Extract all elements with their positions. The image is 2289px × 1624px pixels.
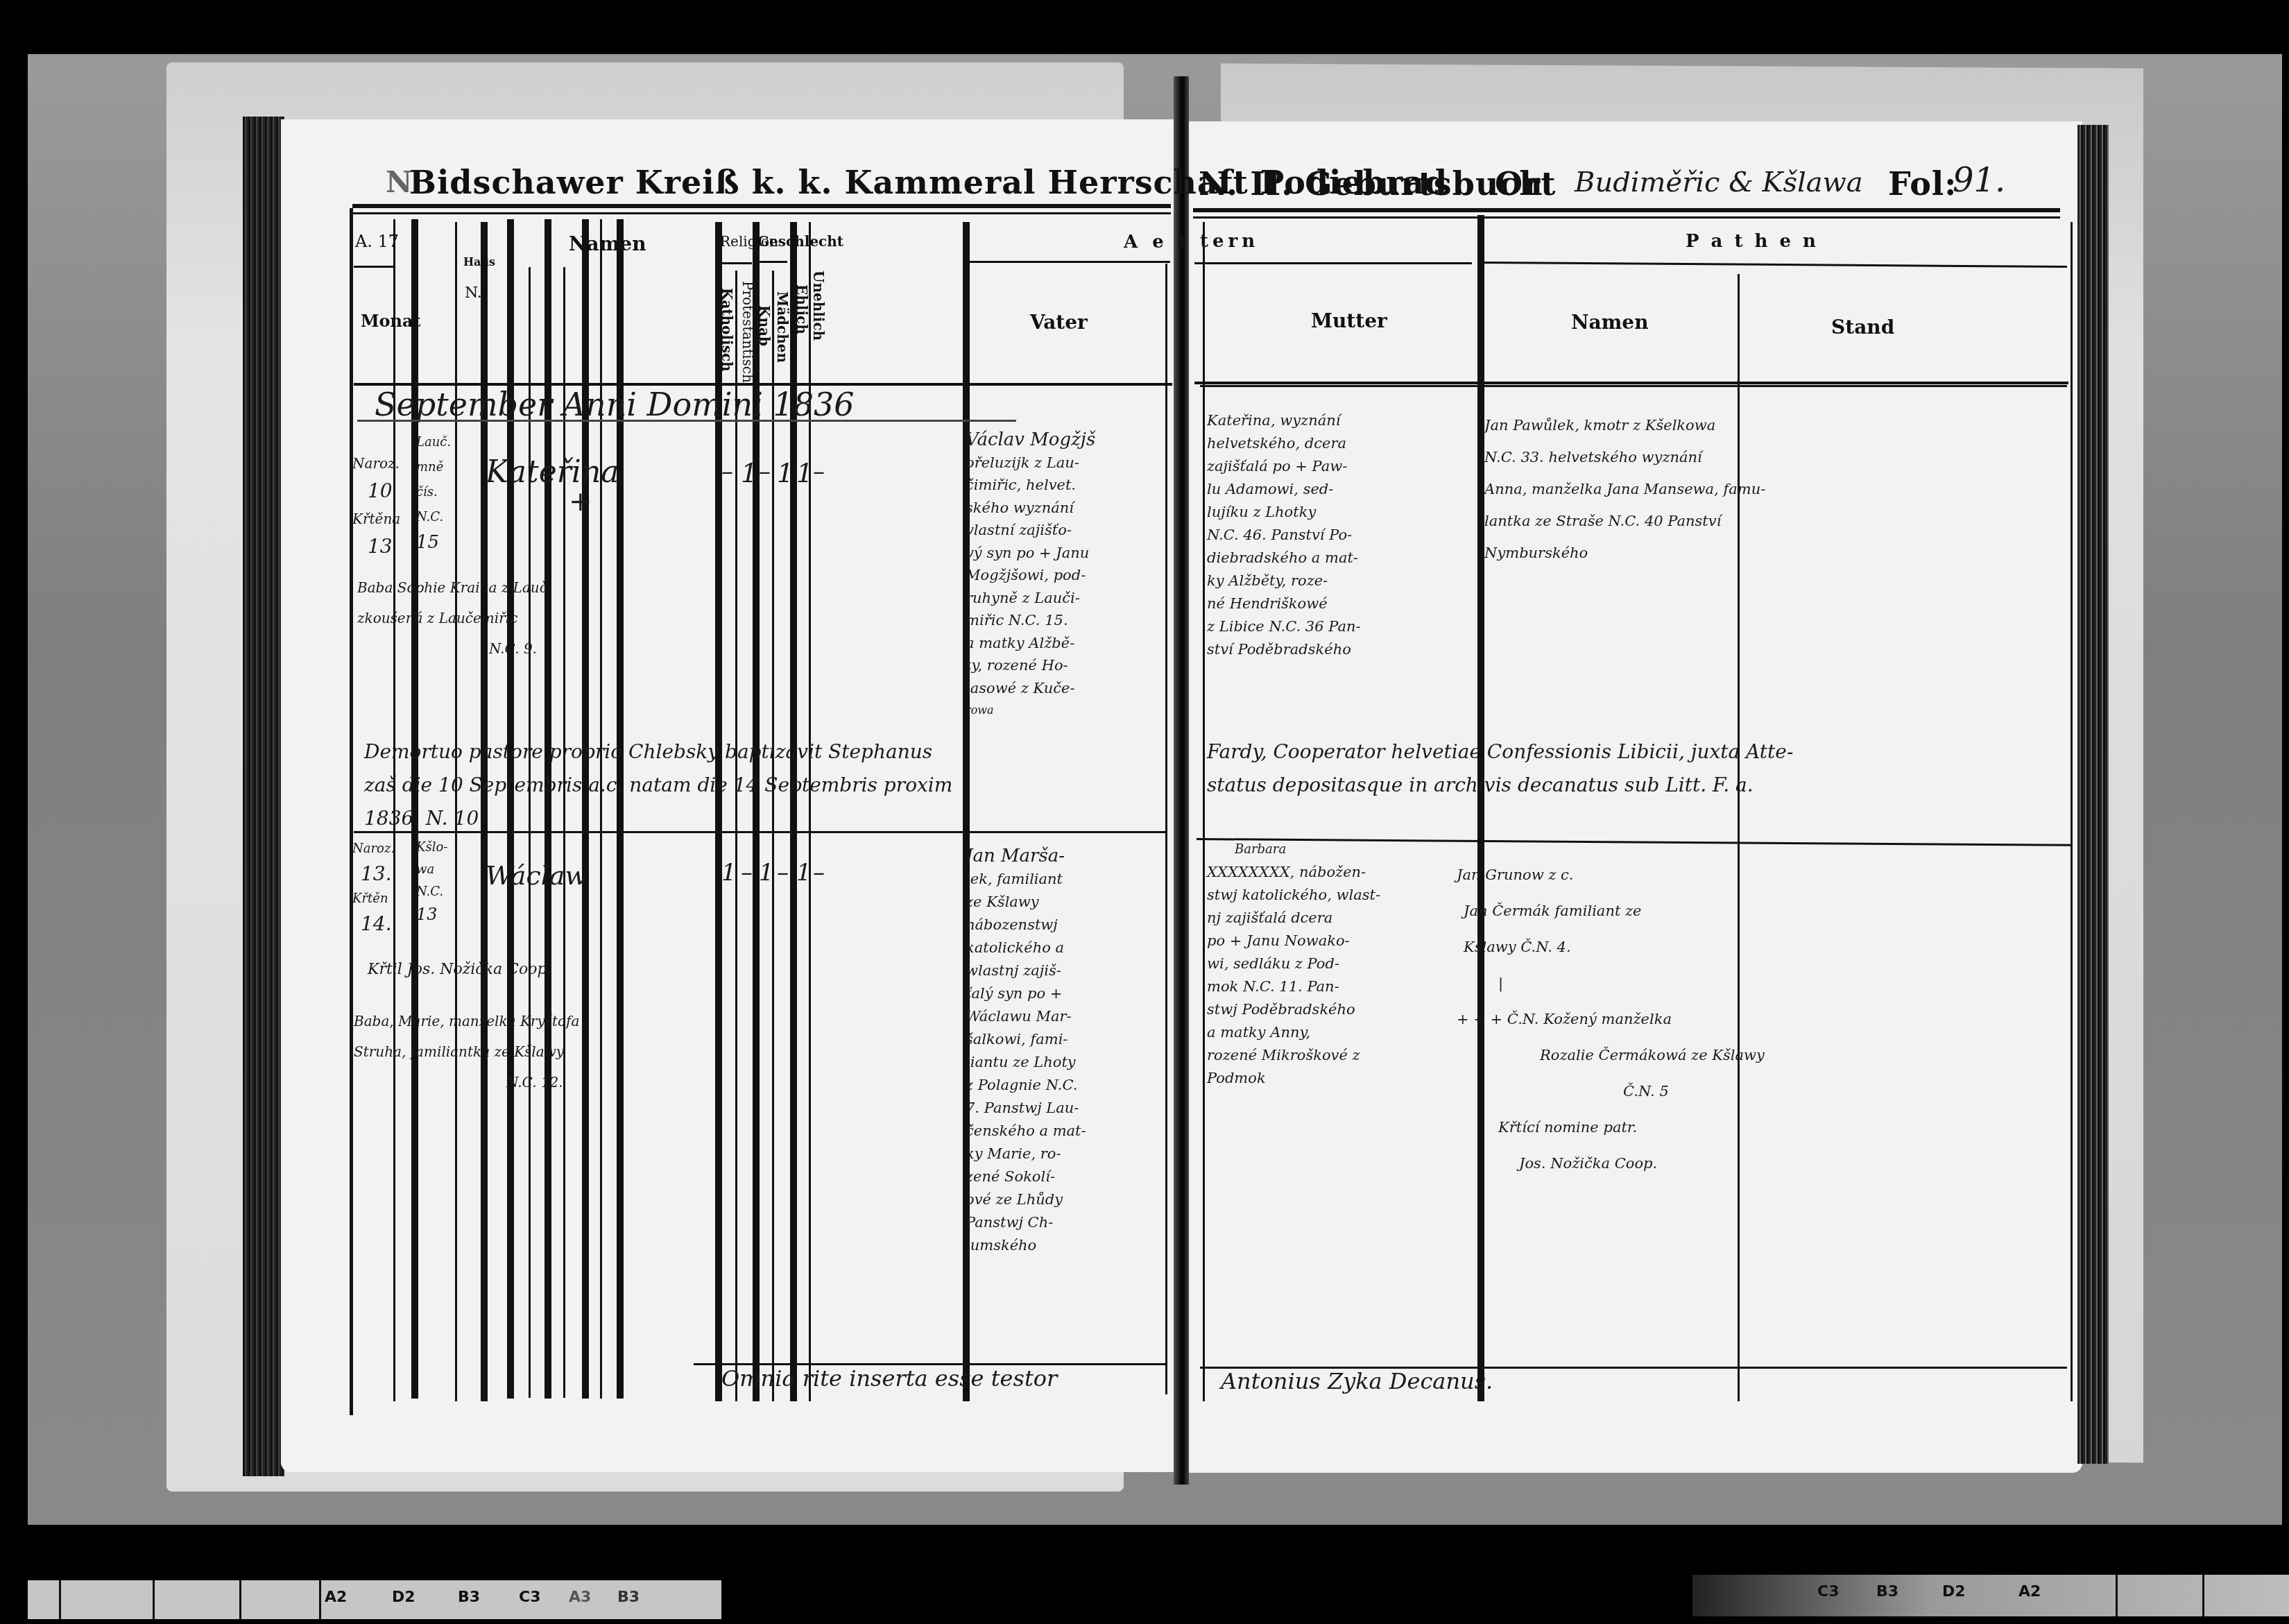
entry2-godparents: Jan Grunow z c. Jan Čermák familiant ze … — [1457, 857, 1765, 1181]
mother-line: né Hendriškowé — [1207, 592, 1361, 615]
birth-label: Naroz. — [352, 837, 395, 862]
father-line: Mogžjšowi, pod- — [966, 564, 1095, 587]
year-label: A. 17 — [355, 232, 399, 251]
header-bottom-rule-right — [1194, 382, 2068, 384]
film-label: D2 — [392, 1589, 415, 1606]
mother-line: XXXXXXXX, nábožen- — [1207, 861, 1380, 884]
father-line: ruhyně z Lauči- — [966, 587, 1095, 610]
midwife-line: zkoušená z Laučemiřic — [357, 603, 551, 633]
col-line-5 — [735, 271, 737, 1401]
film-label-strip-right — [1692, 1575, 2289, 1616]
father-line: nábozenstwj — [966, 914, 1086, 937]
entry1-father: Václav Mogžjš ořeluzijk z Lau- čimiřic, … — [966, 429, 1095, 722]
folio-label: Fol: — [1888, 165, 1957, 203]
religion-catholic-mark: – — [721, 458, 733, 486]
mutter-header: Mutter — [1311, 309, 1387, 332]
birth-day: 13. — [352, 862, 395, 887]
religion-catholic-mark: 1 — [721, 859, 737, 887]
year-underline — [354, 266, 395, 268]
illegitimate-mark: – — [813, 859, 825, 887]
unehlich-header: Unehlich — [810, 271, 827, 341]
father-line: šalkowi, fami- — [966, 1028, 1086, 1051]
note-line: status depositasque in archivis decanatu… — [1207, 769, 1793, 802]
father-line: katolického a — [966, 937, 1086, 959]
father-line: ořeluzijk z Lau- — [966, 452, 1095, 475]
knab-header: Knab — [756, 305, 773, 346]
house-line: N.C. — [416, 881, 447, 903]
madchen-header: Mädchen — [774, 291, 791, 363]
col-line-7 — [772, 271, 774, 1401]
father-line: liantu ze Lhoty — [966, 1051, 1086, 1074]
mother-line: Barbara — [1207, 838, 1380, 861]
father-line: 7. Panstwj Lau- — [966, 1097, 1086, 1120]
mother-line: nj zajišťalá dcera — [1207, 907, 1380, 930]
entry2-mother: Barbara XXXXXXXX, nábožen- stwj katolick… — [1207, 838, 1380, 1090]
sex-girl-mark: – — [777, 859, 789, 887]
katholisch-header: Katholisch — [719, 288, 735, 372]
entry1-latin-note-left: Demortuo pastore proprio Chlebsky baptiz… — [364, 735, 952, 835]
month-heading-underline — [357, 420, 1016, 422]
film-label: B3 — [617, 1589, 640, 1606]
entry1-house: Lauč. mně čís. N.C. 15 — [416, 430, 451, 555]
note-line: zaš die 10 Septembris a.c. natam die 14 … — [364, 769, 952, 802]
godparent-line: | — [1457, 965, 1765, 1001]
entry2-house: Kšlo- wa N.C. 13 — [416, 837, 447, 925]
sex-boy-mark: – — [759, 458, 771, 486]
sex-girl-mark: 1 — [777, 458, 794, 488]
father-line: ťalý syn po + — [966, 982, 1086, 1005]
house-line: Lauč. — [416, 430, 451, 455]
geschlecht-underline — [758, 261, 787, 263]
father-line: Jan Marša- — [966, 845, 1086, 868]
birth-day: 10 — [352, 477, 400, 505]
mother-line: diebradského a mat- — [1207, 547, 1361, 570]
entry1-mother: Kateřina, wyznání helvetského, dcera zaj… — [1207, 409, 1361, 661]
film-tick — [2116, 1575, 2118, 1616]
father-line: lasowé z Kuče- — [966, 677, 1095, 700]
father-line: ze Kšlawy — [966, 891, 1086, 914]
eltern-header-right: tern — [1200, 231, 1259, 252]
father-line: zené Sokolí- — [966, 1165, 1086, 1188]
note-line: Fardy, Cooperator helvetiae Confessionis… — [1207, 735, 1793, 769]
film-tick — [319, 1580, 321, 1619]
religion-protestant-mark: – — [741, 859, 753, 887]
geschlecht-header: Geschlecht — [757, 233, 843, 250]
eltern-header-left: A e l — [1124, 232, 1190, 253]
header-rule-left — [352, 204, 1171, 208]
child-name: Wáclaw — [486, 860, 588, 891]
father-line: čenského a mat- — [966, 1120, 1086, 1143]
certification-signature-left: Omnia rite inserta esse testor — [721, 1365, 1057, 1392]
mother-line: stwj Poděbradského — [1207, 998, 1380, 1021]
folio-value: 91. — [1953, 161, 2005, 200]
house-line: Kšlo- — [416, 837, 447, 859]
godparent-line: Jan Grunow z c. — [1457, 857, 1765, 893]
entry1-latin-note-right: Fardy, Cooperator helvetiae Confessionis… — [1207, 735, 1793, 802]
right-table-border — [2071, 222, 2073, 1401]
baptism-label: Křtěna — [352, 505, 400, 533]
house-number: 15 — [416, 530, 451, 555]
mother-line: Podmok — [1207, 1067, 1380, 1090]
father-line: ky Marie, ro- — [966, 1143, 1086, 1165]
mother-line: a matky Anny, — [1207, 1021, 1380, 1044]
religion-underline — [721, 262, 752, 264]
eltern-underline — [969, 261, 1170, 263]
header-rule-left-thin — [352, 212, 1171, 214]
baptized-by-note: Křtil Jos. Nožička Coop. — [368, 961, 551, 978]
birth-label: Naroz. — [352, 450, 400, 477]
entry2-dates: Naroz. 13. Křtěn 14. — [352, 837, 395, 937]
entry1-dates: Naroz. 10 Křtěna 13 — [352, 450, 400, 561]
entry2-midwife: Baba, Marie, manželka Kryštofa Struha, f… — [354, 1006, 579, 1097]
film-label: C3 — [1817, 1583, 1839, 1600]
godparent-line: Křtící nomine patr. — [1457, 1109, 1765, 1145]
godparent-line: Jan Čermák familiant ze — [1457, 893, 1765, 929]
house-line: wa — [416, 859, 447, 881]
note-line: 1836. N. 10. — [364, 802, 952, 835]
film-tick — [59, 1580, 61, 1619]
father-line: a matky Alžbě- — [966, 632, 1095, 655]
midwife-line: Baba, Marie, manželka Kryštofa — [354, 1006, 579, 1036]
father-line: wlastnj zajiš- — [966, 959, 1086, 982]
film-label: A3 — [569, 1589, 591, 1606]
mother-line: rozené Mikroškové z — [1207, 1044, 1380, 1067]
stand-header: Stand — [1831, 316, 1894, 339]
mother-line: zajišťalá po + Paw- — [1207, 455, 1361, 478]
father-line: miřic N.C. 15. — [966, 609, 1095, 632]
col-divider-vater-end — [1165, 264, 1167, 1394]
godparent-line: lantka ze Straše N.C. 40 Panství — [1484, 505, 1765, 537]
mother-line: Kateřina, wyznání — [1207, 409, 1361, 432]
mother-line: ství Poděbradského — [1207, 638, 1361, 661]
godparent-line: Kšlawy Č.N. 4. — [1457, 929, 1765, 965]
godparent-line: + + + Č.N. Kožený manželka — [1457, 1001, 1765, 1037]
house-line: N.C. — [416, 505, 451, 530]
legitimate-mark: 1 — [796, 458, 813, 488]
father-line: Wáclawu Mar- — [966, 1005, 1086, 1028]
child-name: Kateřina — [486, 454, 619, 490]
godparent-line: Nymburského — [1484, 537, 1765, 569]
baptism-day: 13 — [352, 533, 400, 561]
illegitimate-mark: – — [813, 458, 825, 486]
mother-line: mok N.C. 11. Pan- — [1207, 975, 1380, 998]
film-tick — [239, 1580, 241, 1619]
father-line: ové ze Lhůdy — [966, 1188, 1086, 1211]
mother-line: po + Janu Nowako- — [1207, 930, 1380, 952]
father-line: rowa — [966, 699, 1095, 722]
house-header: Haus — [463, 255, 495, 268]
left-table-border — [350, 208, 353, 1415]
godparent-line: Anna, manželka Jana Mansewa, famu- — [1484, 473, 1765, 505]
page-block-edge-right — [2077, 125, 2109, 1464]
entry2-father: Jan Marša- lek, familiant ze Kšlawy nábo… — [966, 845, 1086, 1257]
pathen-namen-header: Namen — [1571, 311, 1649, 334]
header-rule-right-thin — [1193, 216, 2060, 219]
mother-line: lujíku z Lhotky — [1207, 501, 1361, 524]
protestantisch-header: Protestantisch — [739, 281, 756, 383]
godparent-line: Č.N. 5 — [1457, 1073, 1765, 1109]
note-line: Demortuo pastore proprio Chlebsky baptiz… — [364, 735, 952, 769]
father-line: vý syn po + Janu — [966, 542, 1095, 565]
ort-label: Ort — [1495, 165, 1557, 203]
midwife-line: Baba Sophie Kraiha z Lauč. — [357, 572, 551, 603]
film-tick — [153, 1580, 155, 1619]
film-label: A2 — [325, 1589, 347, 1606]
midwife-line: N.C. 9. — [357, 633, 551, 664]
mother-line: lu Adamowi, sed- — [1207, 478, 1361, 501]
house-n-header: N. — [465, 284, 482, 302]
header-rule-right — [1193, 208, 2060, 212]
house-number: 13 — [416, 903, 447, 925]
midwife-line: Struha, familiantka ze Kšlawy — [354, 1036, 579, 1067]
dean-signature: Antonius Zyka Decanus. — [1221, 1368, 1493, 1394]
ehlich-header: Ehlich — [794, 284, 810, 334]
house-line: čís. — [416, 480, 451, 505]
page-block-edge-left — [243, 117, 284, 1476]
film-label: B3 — [1876, 1583, 1898, 1600]
father-line: z Polagnie N.C. — [966, 1074, 1086, 1097]
father-line: lek, familiant — [966, 868, 1086, 891]
father-line: lumského — [966, 1234, 1086, 1257]
religion-protestant-mark: 1 — [741, 458, 757, 488]
ort-value: Budiměřic & Kšlawa — [1575, 166, 1863, 198]
entry1-top-rule-right — [1200, 385, 2067, 387]
legitimate-mark: 1 — [796, 859, 812, 887]
mother-line: ky Alžběty, roze- — [1207, 570, 1361, 592]
father-line: Václav Mogžjš — [966, 429, 1095, 452]
godparent-line: Rozalie Čermákowá ze Kšlawy — [1457, 1037, 1765, 1073]
pathen-header: P a t h e n — [1686, 231, 1819, 252]
house-line: mně — [416, 455, 451, 480]
father-line: čimiřic, helvet. — [966, 474, 1095, 497]
month-header: Monat — [361, 311, 421, 331]
mother-line: z Libice N.C. 36 Pan- — [1207, 615, 1361, 638]
baptism-day: 14. — [352, 912, 395, 937]
father-line: Panstwj Ch- — [966, 1211, 1086, 1234]
mother-line: wi, sedláku z Pod- — [1207, 952, 1380, 975]
col-line-mutter-start — [1203, 222, 1205, 1401]
sex-boy-mark: 1 — [759, 859, 774, 887]
mother-line: N.C. 46. Panství Po- — [1207, 524, 1361, 547]
godparent-line: Jos. Nožička Coop. — [1457, 1145, 1765, 1181]
book-gutter — [1174, 76, 1189, 1485]
mother-line: helvetského, dcera — [1207, 432, 1361, 455]
register-book-title: N. II. Geburtsbuch — [1199, 165, 1543, 203]
mother-line: stwj katolického, wlast- — [1207, 884, 1380, 907]
film-label: C3 — [519, 1589, 540, 1606]
film-label: D2 — [1942, 1583, 1966, 1600]
death-cross-mark: + — [569, 486, 592, 518]
godparent-line: Jan Pawůlek, kmotr z Kšelkowa — [1484, 409, 1765, 441]
film-label: A2 — [2018, 1583, 2041, 1600]
father-line: ty, rozené Ho- — [966, 654, 1095, 677]
vater-header: Vater — [1030, 311, 1088, 334]
father-line: ského wyznání — [966, 497, 1095, 520]
col-line-pathen-start — [1477, 215, 1484, 1401]
names-header: Namen — [569, 232, 646, 255]
entry1-godparents: Jan Pawůlek, kmotr z Kšelkowa N.C. 33. h… — [1484, 409, 1765, 569]
father-line: vlastní zajišťo- — [966, 519, 1095, 542]
entry-separator-left — [354, 831, 1165, 833]
month-heading: September Anni Domini 1836 — [375, 386, 855, 423]
midwife-line: N.C. 12. — [354, 1067, 579, 1097]
entry1-midwife: Baba Sophie Kraiha z Lauč. zkoušená z La… — [357, 572, 551, 664]
baptism-label: Křtěn — [352, 887, 395, 912]
film-tick — [2202, 1575, 2204, 1616]
film-label: B3 — [458, 1589, 480, 1606]
tern-underline — [1194, 262, 1472, 264]
godparent-line: N.C. 33. helvetského wyznání — [1484, 441, 1765, 473]
